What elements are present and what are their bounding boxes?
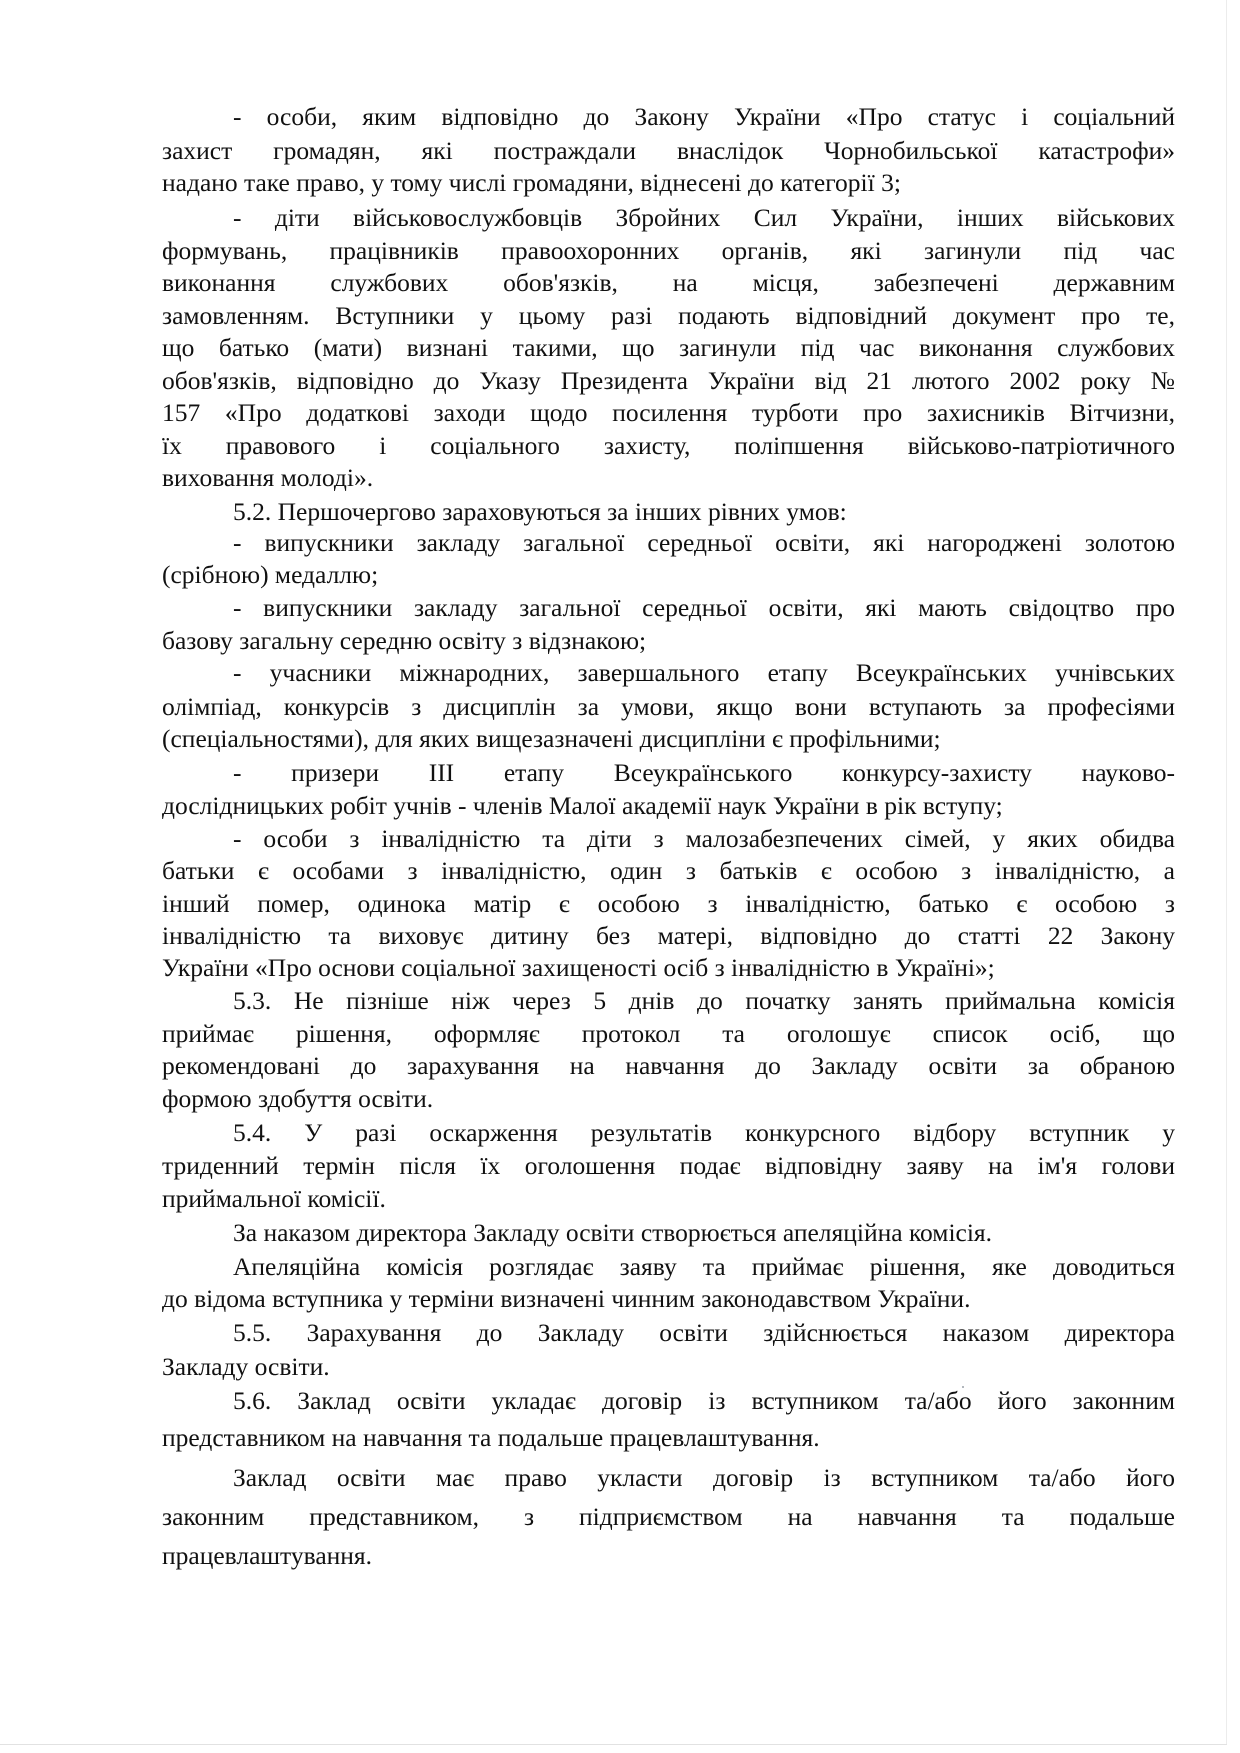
text-line: дослідницьких робіт учнів - членів Малої… — [162, 789, 1175, 823]
text-line: до відома вступника у терміни визначені … — [162, 1282, 1175, 1316]
text-line: - особи, яким відповідно до Закону Украї… — [233, 100, 1175, 134]
text-line: України «Про основи соціальної захищенос… — [162, 951, 1175, 985]
text-line: - випускники закладу загальної середньої… — [233, 591, 1175, 625]
text-line: батьки є особами з інвалідністю, один з … — [162, 854, 1175, 888]
text-line: - учасники міжнародних, завершального ет… — [233, 656, 1175, 690]
text-line: замовленням. Вступники у цьому разі пода… — [162, 299, 1175, 333]
text-line: захист громадян, які постраждали внаслід… — [162, 134, 1175, 168]
text-line: - діти військовослужбовців Збройних Сил … — [233, 201, 1175, 235]
text-line: Заклад освіти має право укласти договір … — [233, 1461, 1175, 1495]
text-line: Апеляційна комісія розглядає заяву та пр… — [233, 1250, 1175, 1284]
text-line: виховання молоді». — [162, 461, 1175, 495]
text-line: - випускники закладу загальної середньої… — [233, 526, 1175, 560]
text-line: законним представником, з підприємством … — [162, 1500, 1175, 1534]
text-line: (спеціальностями), для яких вищезазначен… — [162, 722, 1175, 756]
text-line: Закладу освіти. — [162, 1350, 1175, 1384]
text-line: - особи з інвалідністю та діти з малозаб… — [233, 822, 1175, 856]
text-line: - призери III етапу Всеукраїнського конк… — [233, 756, 1175, 790]
scan-edge-bottom — [0, 1744, 1227, 1745]
text-line: їх правового і соціального захисту, полі… — [162, 429, 1175, 463]
text-line: приймальної комісії. — [162, 1182, 1175, 1216]
text-line: представником на навчання та подальше пр… — [162, 1421, 1175, 1455]
scanned-document-page: - особи, яким відповідно до Закону Украї… — [0, 0, 1240, 1753]
section-5-3: 5.3. Не пізніше ніж через 5 днів до поча… — [233, 984, 1175, 1018]
scan-edge-right — [1226, 0, 1227, 1745]
text-line: обов'язків, відповідно до Указу Президен… — [162, 364, 1175, 398]
text-line: що батько (мати) визнані такими, що заги… — [162, 331, 1175, 365]
text-line: базову загальну середню освіту з відзнак… — [162, 624, 1175, 658]
text-line: виконання службових обов'язків, на місця… — [162, 266, 1175, 300]
text-line: триденний термін після їх оголошення под… — [162, 1149, 1175, 1183]
text-line: формою здобуття освіти. — [162, 1082, 1175, 1116]
text-line: формувань, працівників правоохоронних ор… — [162, 234, 1175, 268]
text-line: інший помер, одинока матір є особою з ін… — [162, 887, 1175, 921]
text-line: інвалідністю та виховує дитину без матер… — [162, 919, 1175, 953]
section-5-5: 5.5. Зарахування до Закладу освіти здійс… — [233, 1316, 1175, 1350]
text-line: (срібною) медаллю; — [162, 558, 1175, 592]
text-line: 157 «Про додаткові заходи щодо посилення… — [162, 396, 1175, 430]
text-line: рекомендовані до зарахування на навчання… — [162, 1049, 1175, 1083]
text-line: За наказом директора Закладу освіти ство… — [233, 1216, 1175, 1250]
text-line: приймає рішення, оформляє протокол та ог… — [162, 1017, 1175, 1051]
text-line: працевлаштування. — [162, 1539, 1175, 1573]
section-heading-5-2: 5.2. Першочергово зараховуються за інших… — [233, 495, 1175, 529]
text-line: олімпіад, конкурсів з дисциплін за умови… — [162, 690, 1175, 724]
section-5-4: 5.4. У разі оскарження результатів конку… — [233, 1116, 1175, 1150]
section-5-6: 5.6. Заклад освіти укладає договір із вс… — [233, 1384, 1175, 1418]
text-line: надано таке право, у тому числі громадян… — [162, 166, 1175, 200]
